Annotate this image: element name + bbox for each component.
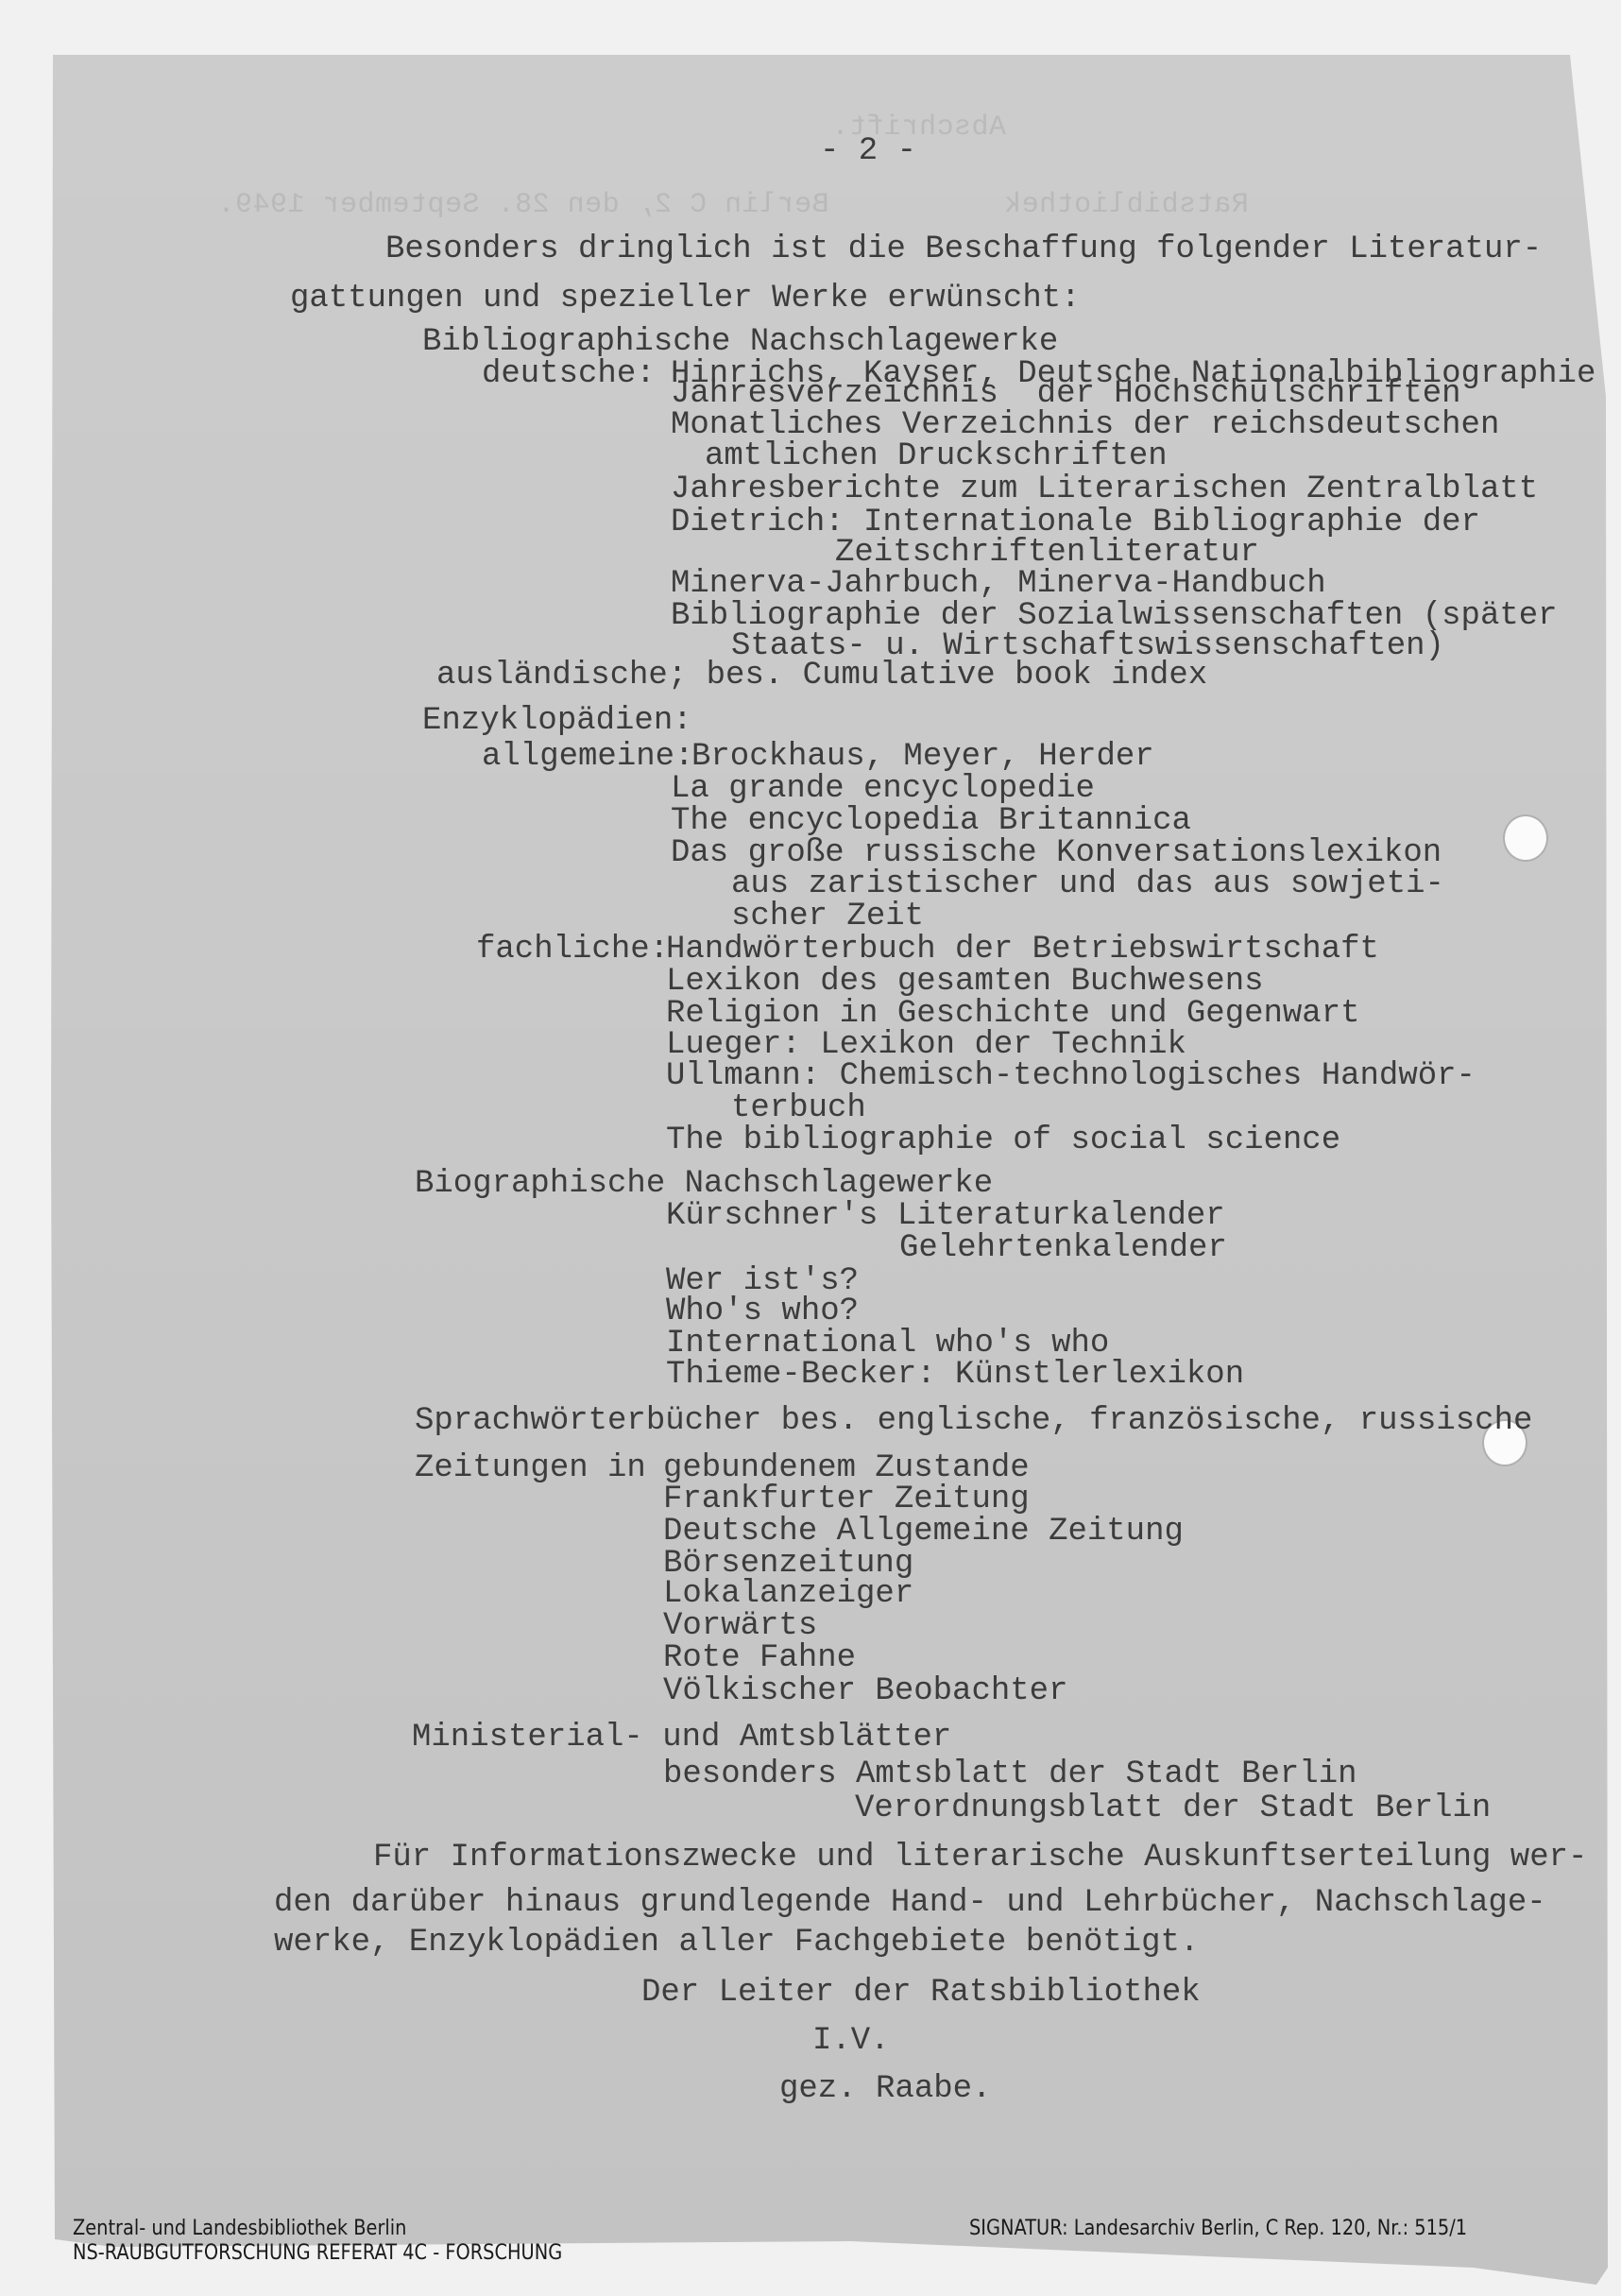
list-item: Jahresverzeichnis der Hochschulschriften <box>671 378 1461 410</box>
section-heading-continuation: gebundenem Zustande <box>663 1452 1030 1484</box>
list-item: The bibliographie of social science <box>666 1124 1340 1157</box>
bleed-through-dateline: Ratsbibliothek Berlin C 2, den 28. Septe… <box>217 189 1249 221</box>
list-item: Lexikon des gesamten Buchwesens <box>666 966 1264 998</box>
list-item: Vorwärts <box>663 1610 817 1642</box>
list-item: Handwörterbuch der Betriebswirtschaft <box>666 934 1379 966</box>
list-item: Völkischer Beobachter <box>663 1675 1067 1707</box>
list-item: Deutsche Allgemeine Zeitung <box>663 1516 1184 1548</box>
foreign-bibliographies: ausländische; bes. Cumulative book index <box>436 660 1207 692</box>
list-item: besonders Amtsblatt der Stadt Berlin <box>663 1758 1357 1791</box>
section-dictionaries: Sprachwörterbücher bes. englische, franz… <box>415 1405 1532 1437</box>
list-item: Dietrich: Internationale Bibliographie d… <box>671 506 1480 539</box>
list-item: Lueger: Lexikon der Technik <box>666 1029 1186 1061</box>
list-item: Das große russische Konversationslexikon <box>671 837 1442 869</box>
list-item-continuation: amtlichen Druckschriften <box>705 440 1168 472</box>
footer-signature: SIGNATUR: Landesarchiv Berlin, C Rep. 12… <box>969 2217 1467 2240</box>
closing-line: den darüber hinaus grundlegende Hand- un… <box>274 1887 1546 1919</box>
list-item: Who's who? <box>666 1295 859 1328</box>
page-number: - 2 - <box>820 135 916 167</box>
list-item-continuation: scher Zeit <box>731 900 924 933</box>
subsection-label: deutsche: <box>482 358 656 390</box>
list-item: Verordnungsblatt der Stadt Berlin <box>855 1792 1491 1825</box>
list-item-continuation: aus zaristischer und das aus sowjeti- <box>731 868 1444 900</box>
section-heading: Bibliographische Nachschlagewerke <box>422 326 1058 358</box>
closing-line: Für Informationszwecke und literarische … <box>373 1842 1587 1874</box>
list-item-continuation: terbuch <box>731 1092 866 1124</box>
list-item: Brockhaus, Meyer, Herder <box>691 741 1154 773</box>
list-item: Minerva-Jahrbuch, Minerva-Handbuch <box>671 568 1326 600</box>
list-item: Religion in Geschichte und Gegenwart <box>666 998 1360 1030</box>
list-item: Monatliches Verzeichnis der reichsdeutsc… <box>671 409 1499 441</box>
list-item: International who's who <box>666 1328 1109 1360</box>
section-heading: Zeitungen in <box>415 1452 646 1484</box>
signature-proxy: I.V. <box>812 2025 890 2057</box>
list-item: La grande encyclopedie <box>671 773 1095 805</box>
signature-name: gez. Raabe. <box>779 2073 991 2105</box>
section-heading: Enzyklopädien: <box>422 705 692 737</box>
intro-line: Besonders dringlich ist die Beschaffung … <box>385 233 1542 266</box>
intro-line: gattungen und spezieller Werke erwünscht… <box>290 283 1081 315</box>
footer-department: NS-RAUBGUTFORSCHUNG REFERAT 4C - FORSCHU… <box>73 2241 562 2265</box>
list-item: Lokalanzeiger <box>663 1578 913 1610</box>
list-item: The encyclopedia Britannica <box>671 805 1191 837</box>
subsection-label: allgemeine: <box>482 741 693 773</box>
list-item: Bibliographie der Sozialwissenschaften (… <box>671 600 1558 632</box>
closing-line: werke, Enzyklopädien aller Fachgebiete b… <box>274 1927 1199 1959</box>
list-item: Ullmann: Chemisch-technologisches Handwö… <box>666 1060 1476 1092</box>
list-item-continuation: Zeitschriftenliteratur <box>835 537 1259 569</box>
subsection-label: fachliche: <box>476 934 669 966</box>
list-item: Kürschner's Literaturkalender <box>666 1200 1225 1232</box>
list-item: Jahresberichte zum Literarischen Zentral… <box>671 473 1538 505</box>
punch-hole-upper <box>1505 816 1546 860</box>
list-item: Rote Fahne <box>663 1642 856 1674</box>
list-item: Wer ist's? <box>666 1265 859 1297</box>
list-item: Börsenzeitung <box>663 1548 913 1580</box>
footer-institution: Zentral- und Landesbibliothek Berlin <box>73 2217 406 2240</box>
signature-title: Der Leiter der Ratsbibliothek <box>641 1977 1201 2009</box>
list-item: Frankfurter Zeitung <box>663 1483 1030 1516</box>
list-item: Gelehrtenkalender <box>899 1232 1227 1264</box>
section-heading: Ministerial- und Amtsblätter <box>412 1722 951 1754</box>
list-item: Thieme-Becker: Künstlerlexikon <box>666 1359 1244 1391</box>
section-heading: Biographische Nachschlagewerke <box>415 1168 993 1200</box>
